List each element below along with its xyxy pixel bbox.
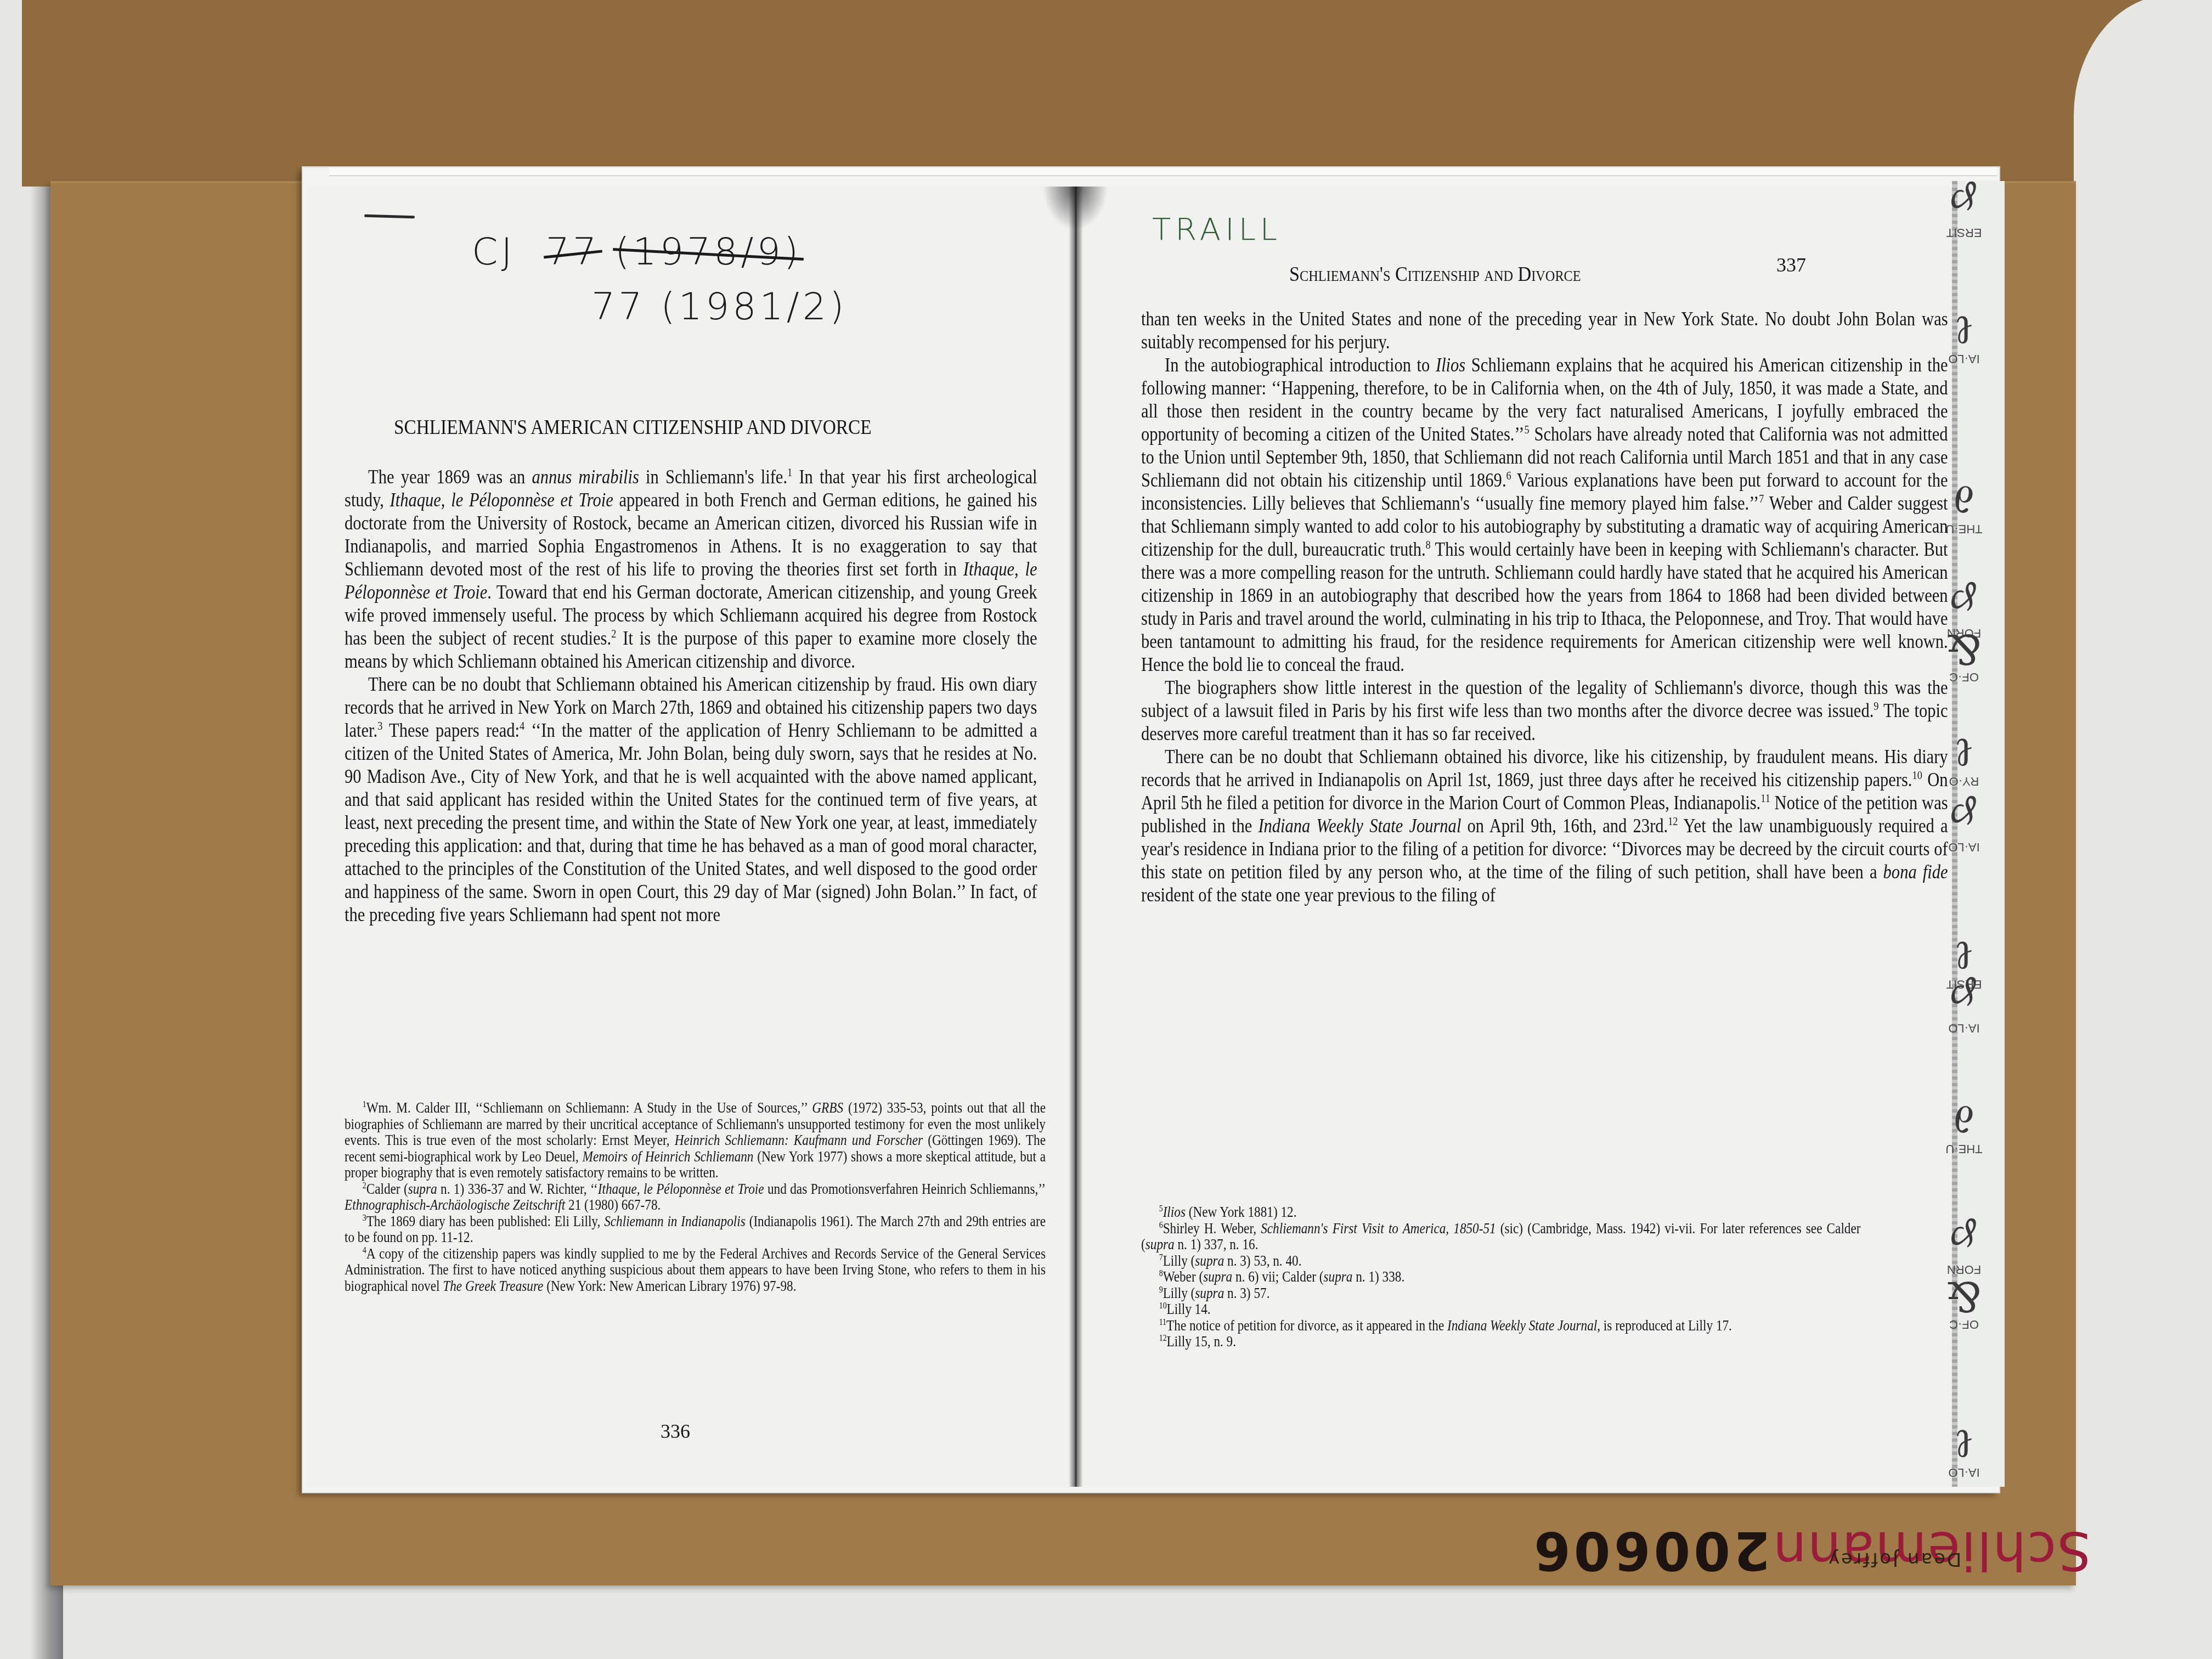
library-stamp-fragment: IA·LOℓ [1945, 307, 1983, 365]
library-stamp-fragment: RY·Oℓ [1945, 730, 1983, 788]
page-number-left: 336 [661, 1420, 690, 1443]
struck-volume: 77 [546, 230, 600, 274]
envelope-number: 200606 [1531, 1520, 1770, 1581]
library-stamp-fragment: OF·C& [1945, 1273, 1983, 1331]
right-body-text: than ten weeks in the United States and … [1141, 307, 1948, 906]
footnote: 9Lilly (supra n. 3) 57. [1141, 1285, 1861, 1302]
page-number-right: 337 [1776, 253, 1806, 276]
library-stamp-fragment: IA·LO℘ [1945, 977, 1983, 1035]
paragraph: than ten weeks in the United States and … [1141, 307, 1948, 353]
library-stamp-fragment: IA·LOℓ [1945, 1421, 1983, 1479]
running-head: Schliemann's Citizenship and Divorce [1289, 262, 1581, 286]
stamp-monogram-icon: & [1945, 1273, 1983, 1317]
handwritten-citation-corrected: 77 (1981/2) [591, 285, 847, 329]
stamp-monogram-icon: ℘ [1945, 181, 1983, 225]
library-stamp-fragment: IA·LO℘ [1945, 795, 1983, 854]
left-body-text: The year 1869 was an annus mirabilis in … [345, 465, 1037, 926]
library-stamp-fragment: THE·U∂ [1945, 477, 1983, 535]
footnote: 1Wm. M. Calder III, ‘‘Schliemann on Schl… [345, 1100, 1046, 1181]
stamp-monogram-icon: ℓ [1945, 730, 1983, 774]
handwritten-author-name: TRAILL [1152, 212, 1282, 247]
paragraph: The year 1869 was an annus mirabilis in … [345, 465, 1037, 673]
right-footnotes: 5Ilios (New York 1881) 12.6Shirley H. We… [1141, 1204, 1861, 1350]
footnote: 6Shirley H. Weber, Schliemann's First Vi… [1141, 1221, 1861, 1253]
stamp-monogram-icon: ℓ [1945, 307, 1983, 352]
library-stamp-fragment: THE·U∂ [1945, 1097, 1983, 1155]
footnote: 2Calder (supra n. 1) 336-37 and W. Richt… [345, 1181, 1046, 1214]
stamp-monogram-icon: ℘ [1945, 582, 1983, 626]
handwritten-citation-old: CJ 77 (1978/9) [472, 230, 802, 274]
footnote: 4A copy of the citizenship papers was ki… [345, 1246, 1046, 1295]
left-footnotes: 1Wm. M. Calder III, ‘‘Schliemann on Schl… [345, 1100, 1046, 1294]
footnote: 11The notice of petition for divorce, as… [1141, 1318, 1861, 1334]
paragraph: There can be no doubt that Schliemann ob… [345, 673, 1037, 926]
stamp-monogram-icon: ℓ [1945, 1421, 1983, 1465]
stamp-monogram-icon: ∂ [1945, 477, 1983, 522]
library-stamp-fragment: OF·C& [1945, 625, 1983, 684]
stamp-monogram-icon: ℓ [1945, 933, 1983, 977]
footnote: 12Lilly 15, n. 9. [1141, 1334, 1861, 1350]
envelope-small-name: Dean Joffrey [1827, 1548, 1961, 1570]
paragraph: In the autobiographical introduction to … [1141, 353, 1948, 676]
footnote: 10Lilly 14. [1141, 1301, 1861, 1318]
footnote: 3The 1869 diary has been published: Eli … [345, 1214, 1046, 1246]
library-stamp-fragment: ERSIT℘ [1945, 181, 1983, 239]
paragraph: The biographers show little interest in … [1141, 676, 1948, 745]
library-stamp-fragment: FORN℘ [1945, 1218, 1983, 1276]
stamp-monogram-icon: ℘ [1945, 795, 1983, 840]
paragraph: There can be no doubt that Schliemann ob… [1141, 745, 1948, 906]
struck-year: (1978/9) [615, 230, 802, 274]
stamp-monogram-icon: ∂ [1945, 1097, 1983, 1142]
stamp-monogram-icon: & [1945, 625, 1983, 670]
footnote: 5Ilios (New York 1881) 12. [1141, 1204, 1861, 1221]
stamp-monogram-icon: ℘ [1945, 977, 1983, 1021]
page-gutter [1069, 187, 1083, 1487]
footnote: 8Weber (supra n. 6) vii; Calder (supra n… [1141, 1269, 1861, 1285]
envelope-flap [22, 0, 2151, 187]
journal-abbrev: CJ [472, 230, 516, 274]
footnote: 7Lilly (supra n. 3) 53, n. 40. [1141, 1253, 1861, 1269]
stamp-monogram-icon: ℘ [1945, 1218, 1983, 1262]
stack-top-edge [329, 167, 1997, 176]
article-title: SCHLIEMANN'S AMERICAN CITIZENSHIP AND DI… [394, 416, 872, 439]
